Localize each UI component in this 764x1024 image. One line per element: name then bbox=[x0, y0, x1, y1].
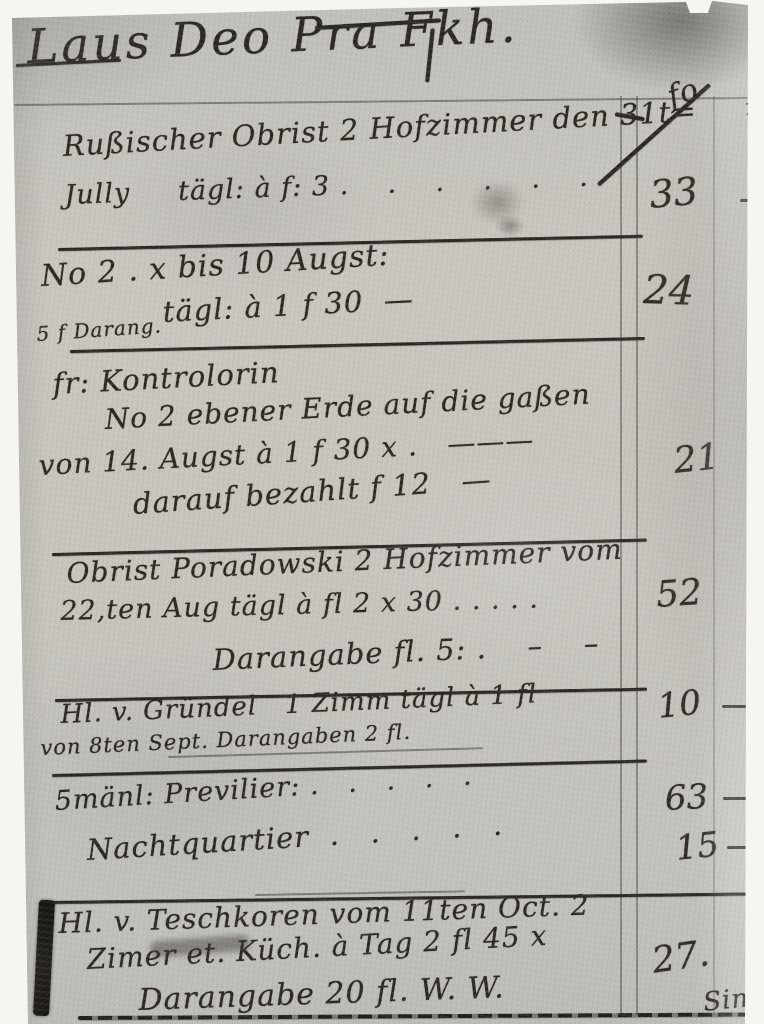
entry-text: Rußischer Obrist 2 Hofzimmer den 31t= bbox=[62, 97, 697, 161]
entry-amount: 52 bbox=[655, 575, 703, 614]
amount-dash bbox=[740, 199, 764, 202]
entry-amount: 21 bbox=[672, 439, 721, 480]
entry-amount: 24 bbox=[643, 270, 695, 312]
entry-text: fr: Kontrolorin bbox=[52, 358, 280, 399]
entry-text: 22,ten Aug tägl à fl 2 x 30 . . . . . bbox=[60, 585, 539, 625]
entry-amount: 33 bbox=[648, 172, 699, 214]
amount-dash bbox=[723, 797, 747, 800]
scanned-ledger-page: Laus Deo Pra Fkh. fo x Rußischer Obrist … bbox=[0, 0, 764, 1024]
corner-note: Sin bbox=[702, 985, 750, 1016]
amount-dash bbox=[722, 705, 746, 708]
kreuzer-column-mark: x bbox=[744, 96, 760, 120]
entry-amount: 10 bbox=[656, 685, 703, 723]
entry-text: 5 f Darang. bbox=[36, 315, 162, 344]
entry-text: Darangabe 20 fl. W. W. bbox=[138, 973, 505, 1016]
entry-separator bbox=[70, 337, 645, 353]
entry-text: Obrist Poradowski 2 Hofzimmer vom bbox=[66, 536, 623, 588]
entry-text: Nachtquartier . . . . . bbox=[86, 811, 504, 865]
entry-text: Jully tägl: à f: 3 . . . . . . bbox=[64, 164, 589, 209]
amount-dash bbox=[727, 846, 755, 849]
ink-smudge bbox=[495, 215, 525, 237]
entry-amount: 63 bbox=[664, 780, 709, 816]
entry-text: tägl: à 1 f 30 — bbox=[162, 285, 414, 327]
entry-amount: 27. bbox=[650, 936, 712, 980]
binding-ink-bar bbox=[33, 900, 55, 1017]
paper-sheet: Laus Deo Pra Fkh. fo x Rußischer Obrist … bbox=[0, 0, 764, 1024]
entry-text: Darangabe fl. 5: . – – bbox=[212, 629, 600, 675]
entry-text: Hl. v. Gründel 1 Zimm tägl à 1 fl bbox=[60, 681, 538, 728]
kreuzer-column-line bbox=[713, 96, 715, 1015]
entry-amount-2: 15 bbox=[674, 827, 721, 865]
